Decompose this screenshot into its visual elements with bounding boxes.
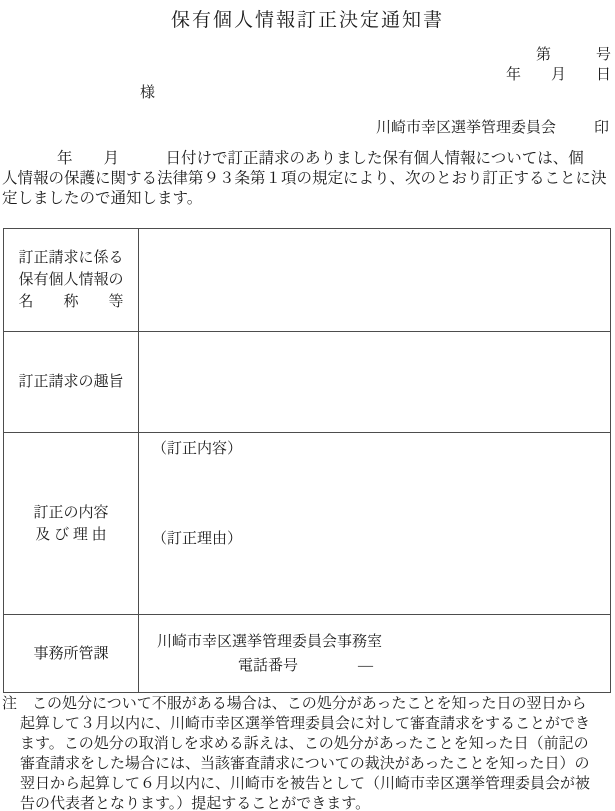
footnote-line-5: 翌日から起算して６月以内に、川崎市を被告として（川崎市幸区選挙管理委員会が被 (2, 774, 614, 794)
field-request-purpose-blank (138, 331, 610, 432)
label-line: 訂正請求に係る (18, 247, 123, 269)
label-line: 名 称 等 (18, 291, 123, 313)
document-title: 保有個人情報訂正決定通知書 (0, 5, 615, 32)
form-table: 訂正請求に係る 保有個人情報の 名 称 等 訂正請求の趣旨 訂正の内容 及 び … (3, 228, 611, 693)
body-line-1: 年 月 日付けで訂正請求のありました保有個人情報については、個 (2, 149, 613, 169)
footnote-line-4: 審査請求をした場合には、当該審査請求についての裁決があったことを知った日）の (2, 754, 614, 774)
correction-content-marker: （訂正内容） (152, 438, 602, 460)
label-line: 保有個人情報の (18, 269, 123, 291)
document-number-line: 第 号 (536, 43, 611, 64)
office-name: 川崎市幸区選挙管理委員会事務室 (157, 630, 610, 654)
footnote: 注 この処分について不服がある場合は、この処分があったことを知った日の翌日から … (2, 694, 614, 811)
document-date-line: 年 月 日 (506, 63, 611, 84)
addressee-honorific: 様 (140, 81, 155, 102)
seal-mark: 印 (594, 120, 609, 136)
row-label-request-purpose: 訂正請求の趣旨 (4, 331, 138, 432)
sender-line: 川崎市幸区選挙管理委員会印 (376, 116, 609, 137)
field-office-in-charge: 川崎市幸区選挙管理委員会事務室 電話番号 ― (138, 614, 610, 692)
footnote-line-1: 注 この処分について不服がある場合は、この処分があったことを知った日の翌日から (2, 694, 614, 714)
label-line: 事務所管課 (33, 643, 108, 665)
body-paragraph: 年 月 日付けで訂正請求のありました保有個人情報については、個 人情報の保護に関… (2, 149, 613, 209)
correction-reason-marker: （訂正理由） (152, 528, 602, 550)
field-correction-content-reason: （訂正内容） （訂正理由） (138, 432, 610, 614)
field-requested-info-name-blank (138, 229, 610, 331)
footnote-line-3: ます。この処分の取消しを求める訴えは、この処分があったことを知った日（前記の (2, 734, 614, 754)
label-line: 訂正請求の趣旨 (18, 371, 123, 393)
document-page: 保有個人情報訂正決定通知書 第 号 年 月 日 様 川崎市幸区選挙管理委員会印 … (0, 0, 615, 811)
row-label-correction-content-reason: 訂正の内容 及 び 理 由 (4, 432, 138, 614)
office-phone: 電話番号 ― (238, 654, 610, 678)
row-label-office-in-charge: 事務所管課 (4, 614, 138, 692)
footnote-line-2: 起算して３月以内に、川崎市幸区選挙管理委員会に対して審査請求をすることができ (2, 714, 614, 734)
sender-name: 川崎市幸区選挙管理委員会 (376, 120, 556, 136)
label-line: 訂正の内容 (33, 502, 108, 524)
row-label-requested-info-name: 訂正請求に係る 保有個人情報の 名 称 等 (4, 229, 138, 331)
label-line: 及 び 理 由 (35, 524, 106, 546)
footnote-line-6: 告の代表者となります。）提起することができます。 (2, 794, 614, 811)
body-line-2: 人情報の保護に関する法律第９３条第１項の規定により、次のとおり訂正することに決 (2, 169, 613, 189)
body-line-3: 定しましたので通知します。 (2, 189, 613, 209)
